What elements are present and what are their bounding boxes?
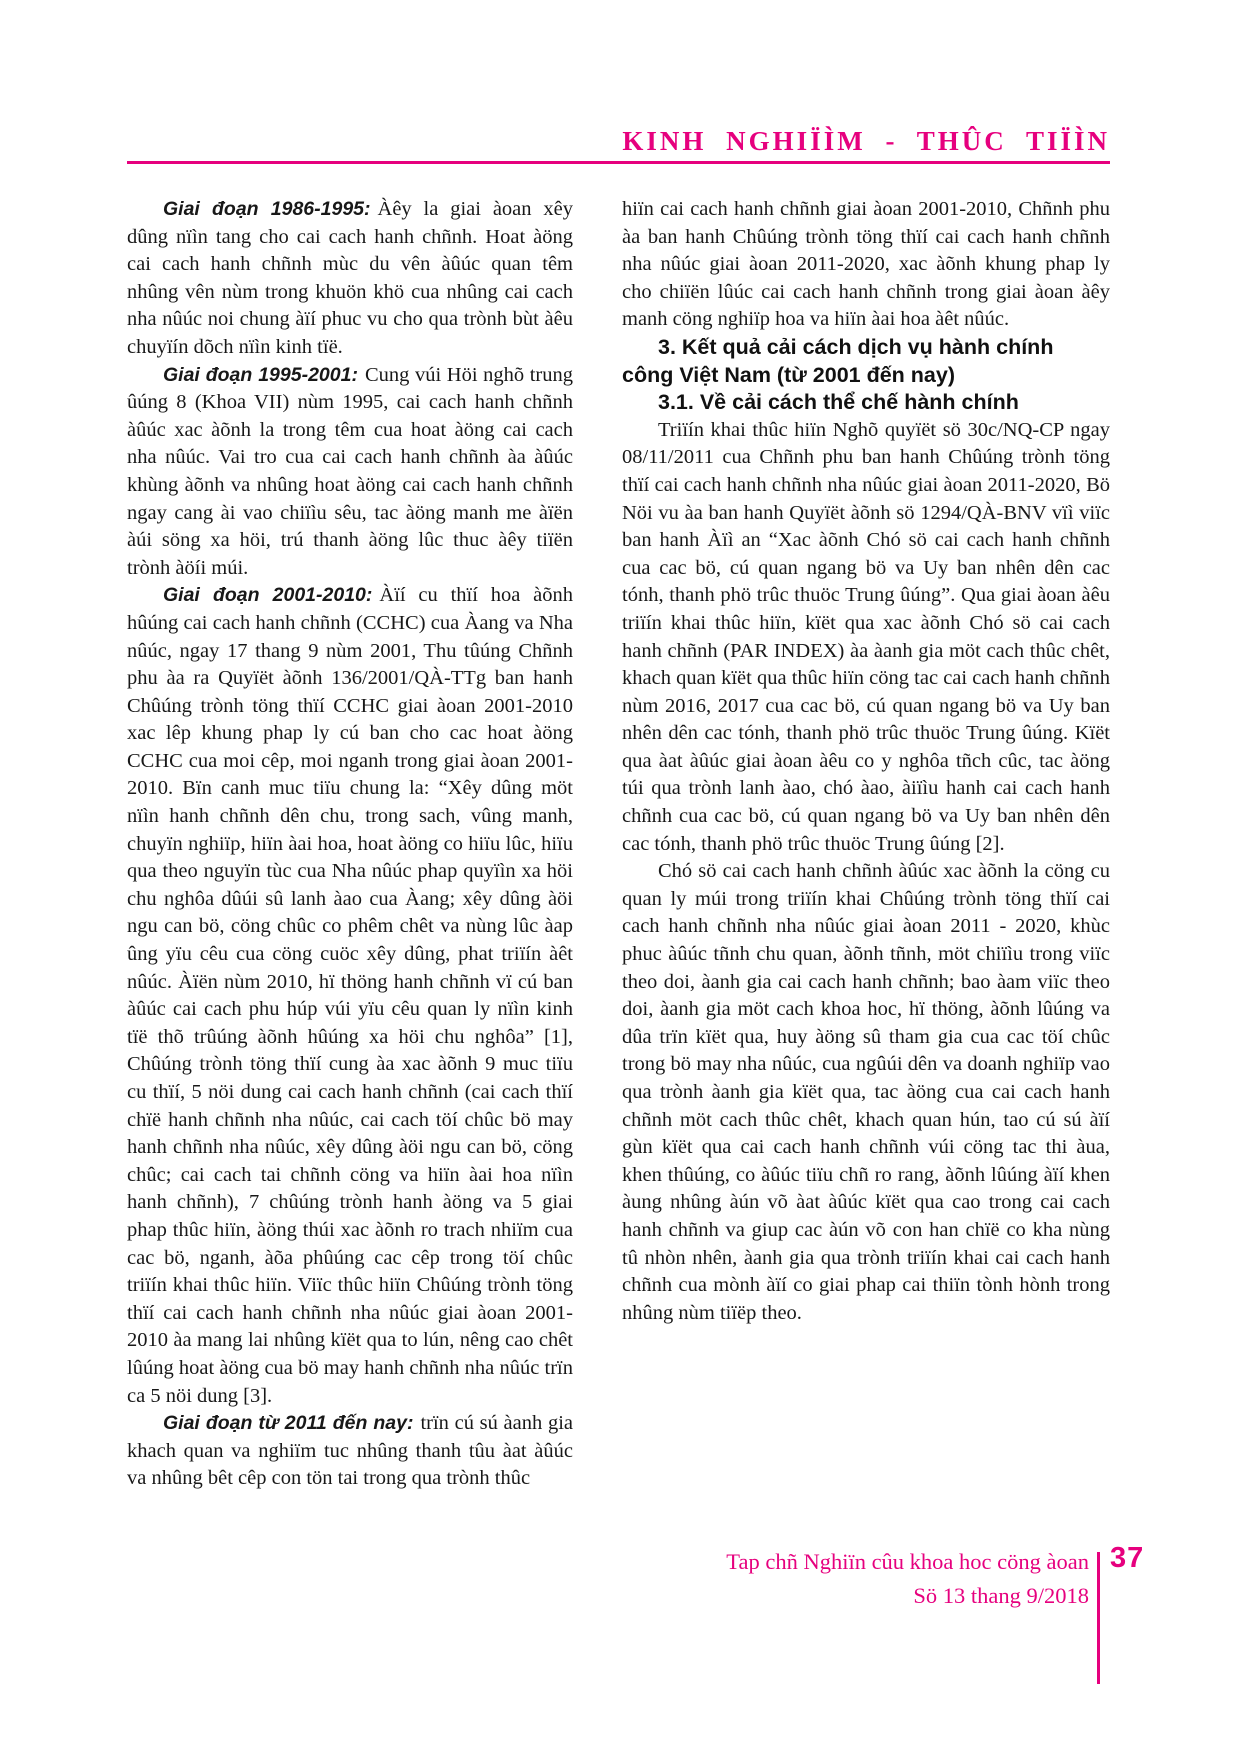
paragraph-text: hiïn cai cach hanh chñnh giai àoan 2001-…: [622, 198, 1110, 330]
paragraph-lead: Giai đoạn 2001-2010:: [163, 584, 372, 606]
section-header-title: KINH NGHIÏÌM - THÛC TIÏÌN: [127, 126, 1110, 157]
paragraph-text: Àïí cu thïí hoa àõnh hûúng cai cach hanh…: [127, 584, 573, 1406]
paragraph-text: Triïín khai thûc hiïn Nghõ quyïët sö 30c…: [622, 419, 1110, 855]
right-column: hiïn cai cach hanh chñnh giai àoan 2001-…: [622, 196, 1110, 1327]
paragraph-lead: Giai đoạn từ 2011 đến nay:: [163, 1412, 413, 1434]
paragraph-period-2011-now: Giai đoạn từ 2011 đến nay:trïn cú sú àan…: [127, 1410, 573, 1493]
paragraph-lead: Giai đoạn 1995-2001:: [163, 364, 358, 386]
footer-vertical-divider: [1097, 1552, 1100, 1684]
paragraph-period-1986-1995: Giai đoạn 1986-1995:Àêy la giai àoan xêy…: [127, 196, 573, 362]
journal-page: KINH NGHIÏÌM - THÛC TIÏÌN Giai đoạn 1986…: [0, 0, 1240, 1753]
paragraph-lead: Giai đoạn 1986-1995:: [163, 198, 371, 220]
paragraph-period-2001-2010: Giai đoạn 2001-2010:Àïí cu thïí hoa àõnh…: [127, 582, 573, 1410]
header-divider: [127, 161, 1110, 164]
issue-info: Sö 13 thang 9/2018: [127, 1579, 1089, 1613]
paragraph-chi-so-cchc: Chó sö cai cach hanh chñnh àûúc xac àõnh…: [622, 858, 1110, 1327]
paragraph-text: Cung vúi Höi nghõ trung ûúng 8 (Khoa VII…: [127, 364, 573, 579]
paragraph-continuation: hiïn cai cach hanh chñnh giai àoan 2001-…: [622, 196, 1110, 334]
journal-footer: Tap chñ Nghiïn cûu khoa hoc cöng àoan Sö…: [127, 1545, 1089, 1613]
journal-name: Tap chñ Nghiïn cûu khoa hoc cöng àoan: [127, 1545, 1089, 1579]
section-heading-3-1: 3.1. Về cải cách thể chế hành chính: [622, 389, 1110, 417]
section-heading-3: 3. Kết quả cải cách dịch vụ hành chính c…: [622, 334, 1110, 389]
paragraph-text: Chó sö cai cach hanh chñnh àûúc xac àõnh…: [622, 860, 1110, 1324]
paragraph-par-index: Triïín khai thûc hiïn Nghõ quyïët sö 30c…: [622, 417, 1110, 859]
two-column-body: Giai đoạn 1986-1995:Àêy la giai àoan xêy…: [127, 196, 1110, 1493]
paragraph-period-1995-2001: Giai đoạn 1995-2001:Cung vúi Höi nghõ tr…: [127, 362, 573, 583]
page-number: 37: [1110, 1542, 1144, 1575]
paragraph-text: Àêy la giai àoan xêy dûng nïìn tang cho …: [127, 198, 573, 358]
left-column: Giai đoạn 1986-1995:Àêy la giai àoan xêy…: [127, 196, 573, 1493]
